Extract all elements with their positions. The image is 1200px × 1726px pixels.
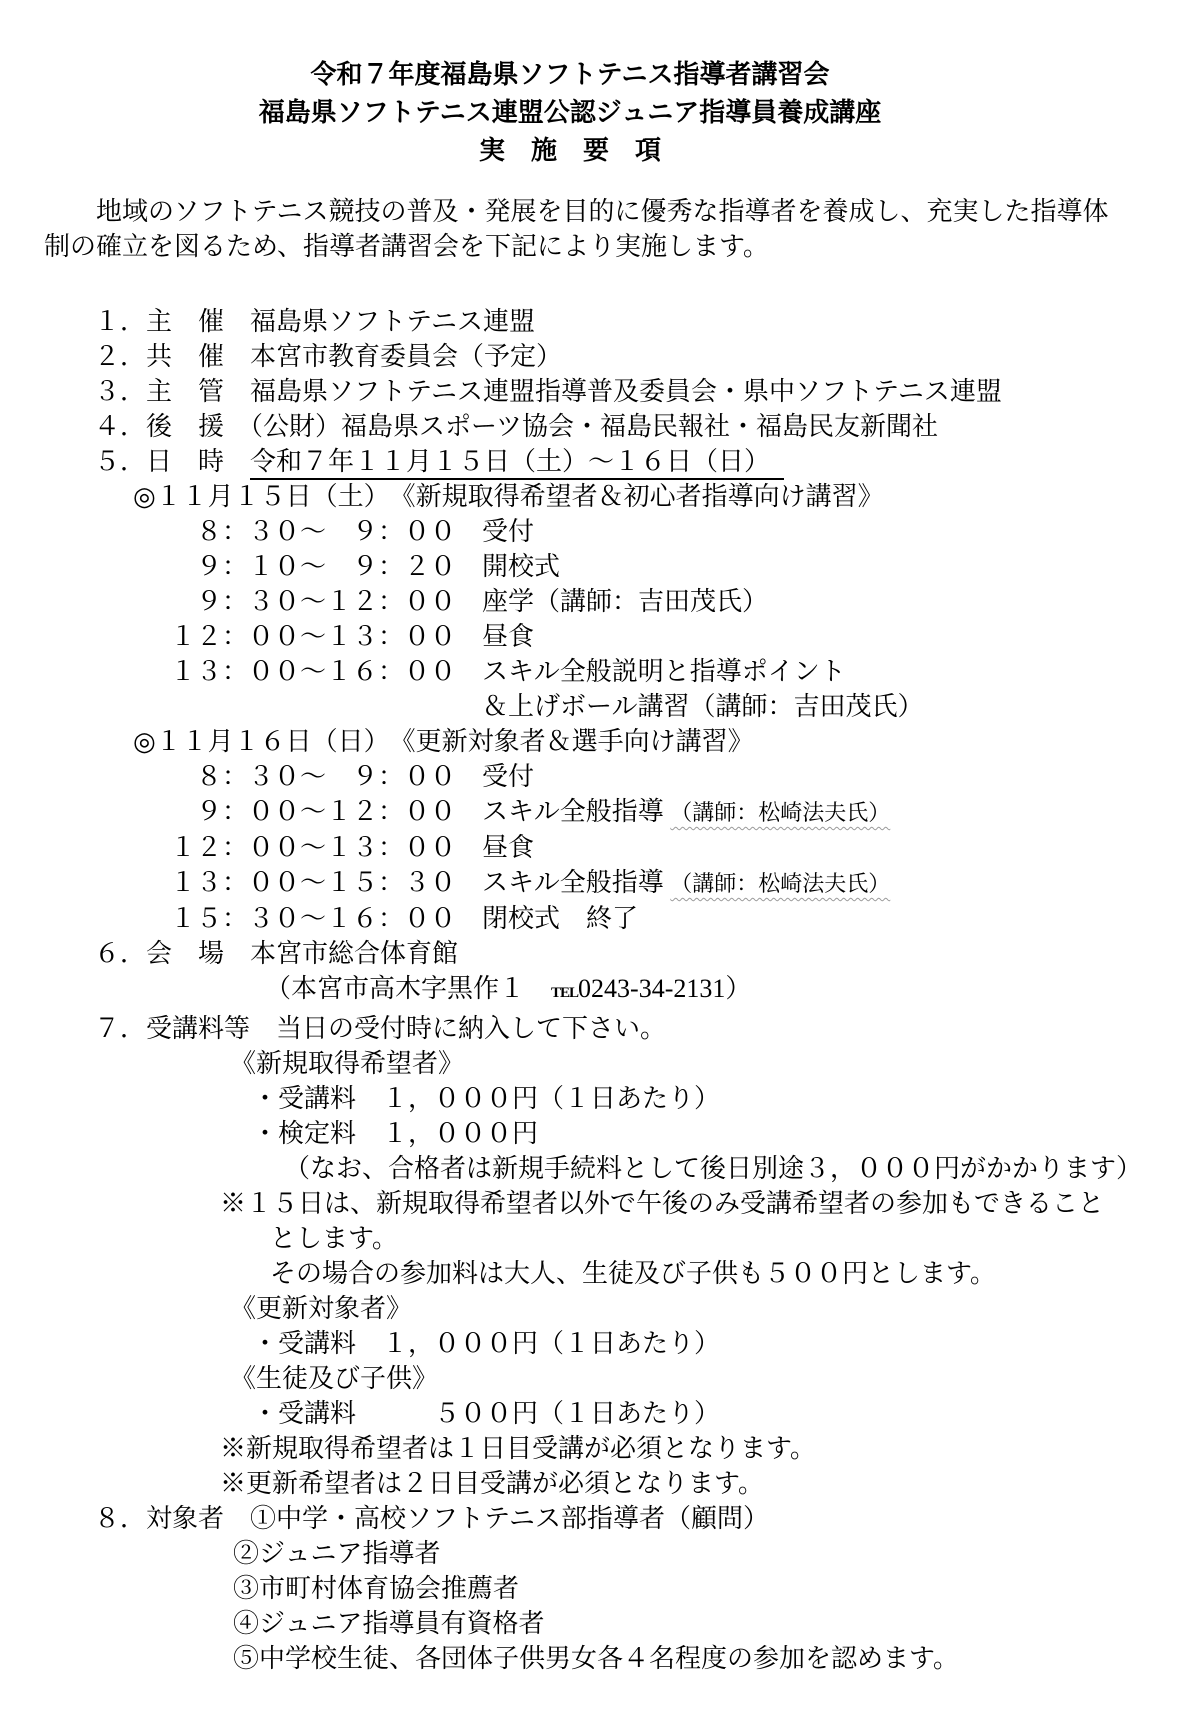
item-venue: ６．会 場 本宮市総合体育館 [0,936,1200,971]
schedule-day1-heading: ◎１１月１５日（土） 《新規取得希望者＆初心者指導向け講習》 [0,479,1200,514]
item-support: ４．後 援 （公財）福島県スポーツ協会・福島民報社・福島民友新聞社 [0,409,1200,444]
note-day1-required: ※新規取得希望者は１日目受講が必須となります。 [0,1431,1200,1466]
fees-students-bracket: 《生徒及び子供》 [0,1361,1200,1396]
item-fees-heading: ７．受講料等 当日の受付時に納入して下さい。 [0,1011,1200,1046]
doc-title-line3: 実 施 要 項 [0,132,1140,170]
fees-renewal-bracket: 《更新対象者》 [0,1291,1200,1326]
fees-renewal-course-fee: ・受講料 １，０００円（１日あたり） [0,1326,1200,1361]
title-block: 令和７年度福島県ソフトテニス指導者講習会 福島県ソフトテニス連盟公認ジュニア指導… [0,56,1140,170]
eligibility-line4: ④ジュニア指導員有資格者 [0,1606,1200,1641]
fees-new-exam-fee: ・検定料 １，０００円 [0,1116,1200,1151]
item-datetime: ５．日 時 令和７年１１月１５日（土）～１６日（日） [0,444,1200,479]
time-cell: １３：００～１５：３０ [170,868,482,897]
schedule-row: １２：００～１３：００ 昼食 [0,619,1200,654]
desc-cell: 昼食 [482,622,534,651]
schedule-row: １３：００～１６：００ スキル全般説明と指導ポイント [0,654,1200,689]
eligibility-line3: ③市町村体育協会推薦者 [0,1571,1200,1606]
desc-cell: 閉校式 終了 [482,904,638,933]
desc-cell: 座学（講師：吉田茂氏） [482,587,768,616]
schedule-row: １５：３０～１６：００ 閉校式 終了 [0,901,1200,936]
schedule-day2-heading: ◎１１月１６日（日） 《更新対象者＆選手向け講習》 [0,724,1200,759]
tel-label: TEL [551,985,578,1001]
time-cell: ９：００～１２：００ [170,797,482,826]
fees-note15-line2: とします。 [0,1221,1200,1256]
item-management: ３．主 管 福島県ソフトテニス連盟指導普及委員会・県中ソフトテニス連盟 [0,374,1200,409]
intro-line1: 地域のソフトテニス競技の普及・発展を目的に優秀な指導者を養成し、充実した指導体 [44,194,1112,229]
fees-pass-note: （なお、合格者は新規手続料として後日別途３，０００円がかかります） [0,1151,1200,1186]
intro-paragraph: 地域のソフトテニス競技の普及・発展を目的に優秀な指導者を養成し、充実した指導体 … [0,194,1200,264]
fees-note15-line3: その場合の参加料は大人、生徒及び子供も５００円とします。 [0,1256,1200,1291]
desc-cell: 受付 [482,762,534,791]
item-host: １．主 催 福島県ソフトテニス連盟 [0,304,1200,339]
desc-cell: スキル全般指導 [482,797,670,826]
schedule-row: ９：３０～１２：００ 座学（講師：吉田茂氏） [0,584,1200,619]
fees-note15-line1: ※１５日は、新規取得希望者以外で午後のみ受講希望者の参加もできること [0,1186,1200,1221]
intro-line2: 制の確立を図るため、指導者講習会を下記により実施します。 [44,229,1112,264]
time-cell: １２：００～１３：００ [170,622,482,651]
time-cell: ８：３０～ ９：００ [170,517,482,546]
desc-cell: 受付 [482,517,534,546]
schedule-row: ９：１０～ ９：２０ 開校式 [0,549,1200,584]
item-eligibility-line1: ８．対象者 ①中学・高校ソフトテニス部指導者（顧問） [0,1501,1200,1536]
datetime-value-underlined: 令和７年１１月１５日（土）～１６日（日） [250,447,784,480]
item-cohost: ２．共 催 本宮市教育委員会（予定） [0,339,1200,374]
fees-new-bracket: 《新規取得希望者》 [0,1046,1200,1081]
lecturer-note: （講師：松崎法夫氏） [670,871,890,896]
desc-cell: 昼食 [482,833,534,862]
desc-cell: ＆上げボール講習（講師：吉田茂氏） [482,692,923,721]
lecturer-note: （講師：松崎法夫氏） [670,800,890,825]
eligibility-line5: ⑤中学校生徒、各団体子供男女各４名程度の参加を認めます。 [0,1641,1200,1676]
desc-cell: スキル全般指導 [482,868,670,897]
schedule-row-continuation: １３：００～１６：００ ＆上げボール講習（講師：吉田茂氏） [0,689,1200,724]
time-cell: １５：３０～１６：００ [170,904,482,933]
schedule-row: ８：３０～ ９：００ 受付 [0,514,1200,549]
doc-title-line1: 令和７年度福島県ソフトテニス指導者講習会 [0,56,1140,94]
datetime-label: ５．日 時 [94,447,250,476]
fees-students-course-fee: ・受講料 ５００円（１日あたり） [0,1396,1200,1431]
time-cell: １２：００～１３：００ [170,833,482,862]
venue-address-text: （本宮市高木字黒作１ [265,974,551,1003]
document-page: 令和７年度福島県ソフトテニス指導者講習会 福島県ソフトテニス連盟公認ジュニア指導… [0,0,1200,1726]
body-lines: １．主 催 福島県ソフトテニス連盟 ２．共 催 本宮市教育委員会（予定） ３．主… [0,304,1200,1676]
note-day2-required: ※更新希望者は２日目受講が必須となります。 [0,1466,1200,1501]
schedule-row: ９：００～１２：００ スキル全般指導 （講師：松崎法夫氏） [0,794,1200,830]
doc-title-line2: 福島県ソフトテニス連盟公認ジュニア指導員養成講座 [0,94,1140,132]
schedule-row: ８：３０～ ９：００ 受付 [0,759,1200,794]
schedule-row: １３：００～１５：３０ スキル全般指導 （講師：松崎法夫氏） [0,865,1200,901]
eligibility-line2: ②ジュニア指導者 [0,1536,1200,1571]
venue-address: （本宮市高木字黒作１ TEL0243-34-2131） [0,971,1200,1011]
fees-new-course-fee: ・受講料 １，０００円（１日あたり） [0,1081,1200,1116]
time-cell: ９：１０～ ９：２０ [170,552,482,581]
desc-cell: スキル全般説明と指導ポイント [482,657,846,686]
time-cell: １３：００～１６：００ [170,657,482,686]
schedule-row: １２：００～１３：００ 昼食 [0,830,1200,865]
time-cell: ８：３０～ ９：００ [170,762,482,791]
desc-cell: 開校式 [482,552,560,581]
tel-number: 0243-34-2131） [578,974,751,1003]
time-cell: ９：３０～１２：００ [170,587,482,616]
